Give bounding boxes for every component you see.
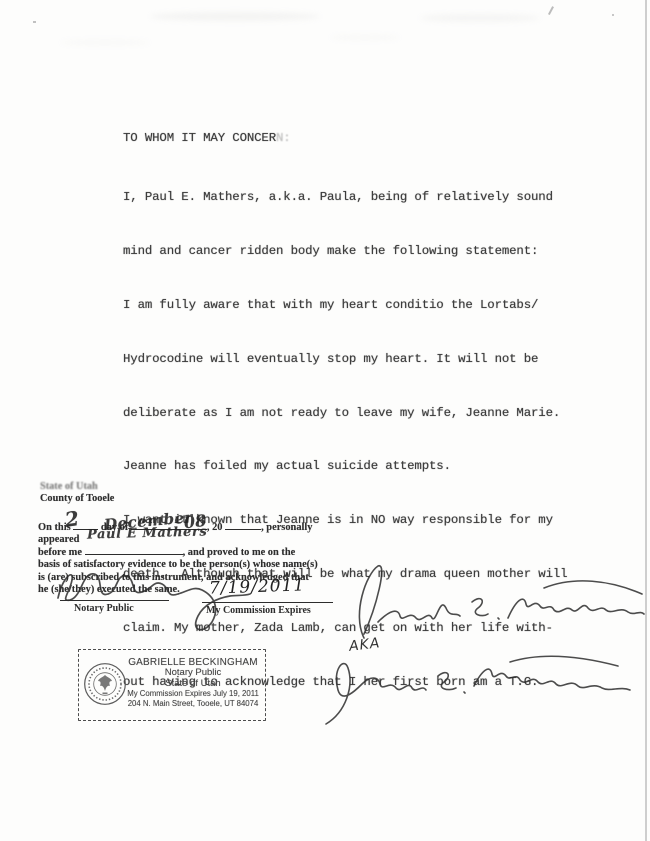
handwritten-commission-date: 7/19/2011: [209, 575, 306, 598]
stamp-expiry: My Commission Expires July 19, 2011: [125, 689, 261, 699]
letter-heading: TO WHOM IT MAY CONCERN:: [123, 131, 291, 145]
body-line: Jeanne has foiled my actual suicide atte…: [123, 454, 567, 480]
scan-artifact-slash: [548, 6, 554, 15]
scan-smudge: [150, 12, 320, 21]
stamp-title: Notary Public: [125, 668, 261, 679]
notary-venue: State of Utah County of Tooele: [40, 481, 114, 504]
scan-smudge: [420, 14, 540, 22]
venue-state: State of Utah: [40, 481, 114, 493]
notary-seal-icon: [83, 662, 127, 706]
body-line: I am fully aware that with my heart cond…: [123, 293, 567, 319]
scan-artifact-dot: [33, 21, 36, 23]
commission-date-line: [202, 602, 333, 603]
name-blank: [85, 546, 183, 555]
body-line: deliberate as I am not ready to leave my…: [123, 401, 567, 427]
ack-proved: , and proved to me on the: [183, 547, 296, 558]
scan-edge-line: [645, 0, 647, 841]
stamp-text: GABRIELLE BECKINGHAM Notary Public State…: [125, 657, 261, 709]
letter-body: I, Paul E. Mathers, a.k.a. Paula, being …: [123, 157, 567, 724]
body-line: Hydrocodine will eventually stop my hear…: [123, 347, 567, 373]
body-line: I, Paul E. Mathers, a.k.a. Paula, being …: [123, 185, 567, 211]
acknowledgment-line-2: before me , and proved to me on the: [38, 546, 340, 559]
commission-expires-label: My Commission Expires: [206, 605, 311, 616]
heading-faded-tail: N:: [276, 131, 291, 145]
body-line: mind and cancer ridden body make the fol…: [123, 239, 567, 265]
year-blank: [225, 521, 261, 530]
venue-county: County of Tooele: [40, 493, 114, 505]
ack-before-me: before me: [38, 547, 82, 558]
heading-text: TO WHOM IT MAY CONCER: [123, 131, 276, 145]
scan-smudge: [60, 40, 150, 45]
ack-year-prefix: , 20: [207, 522, 223, 533]
handwritten-day: 2: [64, 512, 79, 526]
scan-artifact-dot: [612, 14, 614, 16]
stamp-address: 204 N. Main Street, Tooele, UT 84074: [125, 699, 261, 709]
notary-stamp: GABRIELLE BECKINGHAM Notary Public State…: [78, 649, 266, 721]
notary-public-label: Notary Public: [74, 603, 134, 614]
scanned-document-page: TO WHOM IT MAY CONCERN: I, Paul E. Mathe…: [0, 0, 650, 841]
body-line: claim. My mother, Zada Lamb, can get on …: [123, 616, 567, 642]
stamp-state: State of Utah: [125, 679, 261, 690]
acknowledgment-line-3: basis of satisfactory evidence to be the…: [38, 559, 340, 571]
notary-signature-line: [60, 600, 169, 601]
handwritten-affiant-name: Paul E Mathers: [87, 526, 208, 541]
scan-smudge: [330, 35, 400, 40]
